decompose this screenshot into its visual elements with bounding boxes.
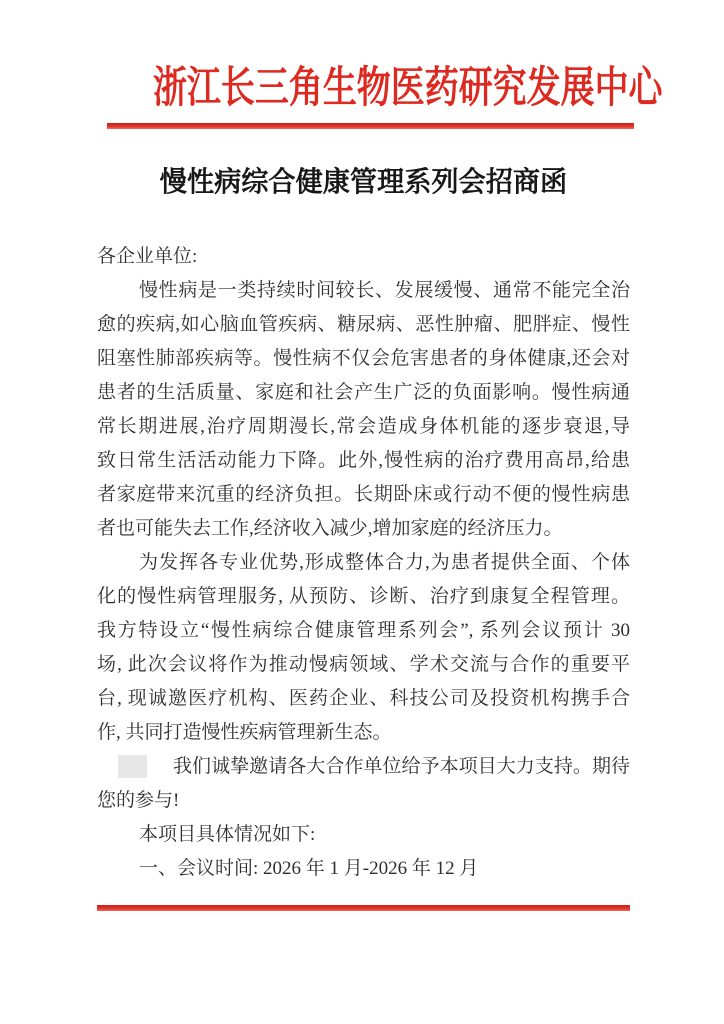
letterhead-org-name: 浙江长三角生物医药研究发展中心 xyxy=(153,64,574,112)
letterhead-divider-rule xyxy=(107,123,634,129)
footer-divider-rule xyxy=(97,905,630,911)
body-line: 者也可能失去工作,经济收入减少,增加家庭的经济压力。 xyxy=(97,512,630,546)
body-line: 愈的疾病,如心脑血管疾病、糖尿病、恶性肿瘤、肥胖症、慢性 xyxy=(97,308,630,342)
document-page: 浙江长三角生物医药研究发展中心 慢性病综合健康管理系列会招商函 各企业单位:慢性… xyxy=(0,0,724,1024)
body-line: 阻塞性肺部疾病等。慢性病不仅会危害患者的身体健康,还会对 xyxy=(97,342,630,376)
body-line: 常长期进展,治疗周期漫长,常会造成身体机能的逐步衰退,导 xyxy=(97,410,630,444)
body-line: 者家庭带来沉重的经济负担。长期卧床或行动不便的慢性病患 xyxy=(97,478,630,512)
body-line: 致日常生活活动能力下降。此外,慢性病的治疗费用高昂,给患 xyxy=(97,444,630,478)
body-line: 本项目具体情况如下: xyxy=(97,818,630,852)
body-line: 为发挥各专业优势,形成整体合力,为患者提供全面、个体 xyxy=(97,546,630,580)
body-line: 各企业单位: xyxy=(97,240,630,274)
redacted-area xyxy=(118,755,147,778)
body-line: 台, 现诚邀医疗机构、医药企业、科技公司及投资机构携手合 xyxy=(97,682,630,716)
document-title: 慢性病综合健康管理系列会招商函 xyxy=(105,166,622,200)
body-line: 我们诚挚邀请各大合作单位给予本项目大力支持。期待 xyxy=(97,750,630,784)
body-line: 作, 共同打造慢性疾病管理新生态。 xyxy=(97,716,630,750)
body-line: 一、会议时间: 2026 年 1 月-2026 年 12 月 xyxy=(97,852,630,886)
body-text: 各企业单位:慢性病是一类持续时间较长、发展缓慢、通常不能完全治愈的疾病,如心脑血… xyxy=(97,240,630,886)
document-content: 浙江长三角生物医药研究发展中心 慢性病综合健康管理系列会招商函 各企业单位:慢性… xyxy=(97,0,630,911)
body-line: 慢性病是一类持续时间较长、发展缓慢、通常不能完全治 xyxy=(97,274,630,308)
body-line: 场, 此次会议将作为推动慢病领域、学术交流与合作的重要平 xyxy=(97,648,630,682)
body-line: 化的慢性病管理服务, 从预防、诊断、治疗到康复全程管理。 xyxy=(97,580,630,614)
body-line: 患者的生活质量、家庭和社会产生广泛的负面影响。慢性病通 xyxy=(97,376,630,410)
body-line: 您的参与! xyxy=(97,784,630,818)
body-line: 我方特设立“慢性病综合健康管理系列会”, 系列会议预计 30 xyxy=(97,614,630,648)
